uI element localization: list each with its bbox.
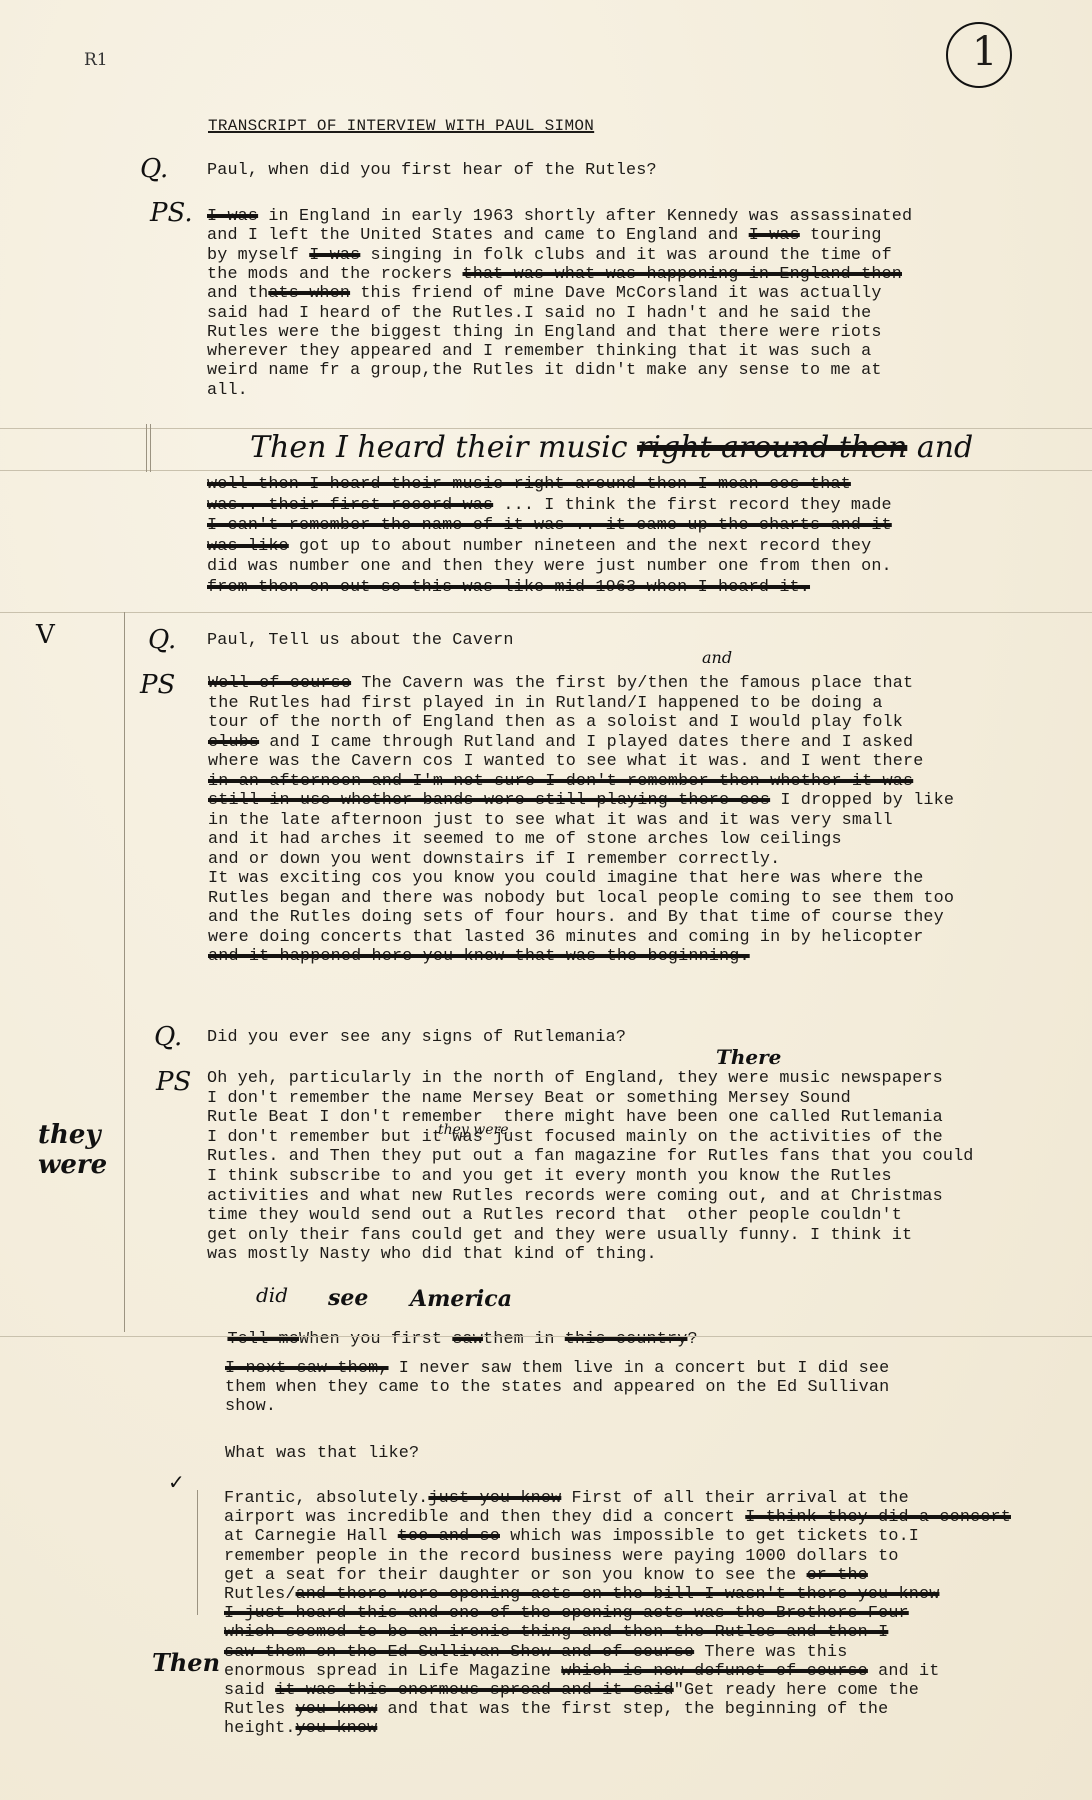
line-text: Rutles were the biggest thing in England…: [207, 323, 882, 342]
text-line: the mods and the rockers that was what w…: [207, 264, 902, 285]
text-line: well then I heard their music right arou…: [207, 474, 851, 495]
line-text: I don't remember but it was just focused…: [207, 1128, 943, 1147]
text-line: and the Rutles doing sets of four hours.…: [208, 907, 944, 928]
text-line: which seemed to be an ironic thing and t…: [224, 1622, 888, 1643]
struck-text: from then on out so this was like mid 19…: [207, 578, 810, 597]
line-text: the Rutles had first played in in Rutlan…: [208, 694, 883, 713]
text-line: was like got up to about number nineteen…: [207, 536, 871, 557]
q4-end: ?: [687, 1330, 697, 1349]
question-2: Paul, Tell us about the Cavern: [207, 630, 514, 651]
text-line: at Carnegie Hall too and so which was im…: [224, 1526, 919, 1547]
margin-q2: Q.: [148, 625, 176, 655]
struck-text: I can't remember the name of it was .. i…: [207, 516, 892, 535]
text-line: from then on out so this was like mid 19…: [207, 577, 810, 598]
page-number: 1: [972, 30, 997, 74]
line-text: activities and what new Rutles records w…: [207, 1187, 943, 1206]
line-text: which was impossible to get tickets to.I: [500, 1527, 919, 1546]
line-text: show.: [225, 1397, 276, 1416]
margin-q1: Q.: [140, 154, 168, 184]
text-line: and or down you went downstairs if I rem…: [208, 849, 780, 870]
margin-ps1: PS.: [150, 198, 193, 228]
line-text: Rutles began and there was nobody but lo…: [208, 889, 954, 908]
text-line: said it was this enormous spread and it …: [224, 1680, 919, 1701]
line-text: time they would send out a Rutles record…: [207, 1206, 902, 1225]
line-text: and or down you went downstairs if I rem…: [208, 850, 780, 869]
line-text: height.: [224, 1719, 296, 1738]
line-text: singing in folk clubs and it was around …: [360, 246, 891, 265]
line-text: remember people in the record business w…: [224, 1547, 899, 1566]
struck-text: I next saw them,: [225, 1359, 389, 1378]
paste-edge: [0, 428, 1092, 429]
struck-text: saw them on the Ed Sullivan Show and of …: [224, 1643, 694, 1662]
line-text: the mods and the rockers: [207, 265, 463, 284]
struck-text: was.. their first record was: [207, 496, 493, 515]
text-line: in the late afternoon just to see what i…: [208, 810, 893, 831]
line-text: enormous spread in Life Magazine: [224, 1662, 561, 1681]
line-text: touring: [800, 226, 882, 245]
line-text: It was exciting cos you know you could i…: [208, 869, 923, 888]
struck-text: clubs: [208, 733, 259, 752]
line-text: in the late afternoon just to see what i…: [208, 811, 893, 830]
struck-text: I was: [309, 246, 360, 265]
margin-check-v: V: [36, 620, 55, 650]
line-text: get only their fans could get and they w…: [207, 1226, 912, 1245]
text-line: tour of the north of England then as a s…: [208, 712, 903, 733]
text-line: by myself I was singing in folk clubs an…: [207, 245, 892, 266]
text-line: Rutles began and there was nobody but lo…: [208, 888, 954, 909]
text-line: said had I heard of the Rutles.I said no…: [207, 303, 871, 324]
struck-text: I think they did a concert: [745, 1508, 1011, 1527]
line-text: in England in early 1963 shortly after K…: [258, 207, 912, 226]
text-line: I can't remember the name of it was .. i…: [207, 515, 892, 536]
q4-text: When you first: [299, 1330, 442, 1349]
margin-ps2: PS: [140, 670, 175, 700]
struck-text: too and so: [398, 1527, 500, 1546]
line-text: Rutles/: [224, 1585, 296, 1604]
text-line: wherever they appeared and I remember th…: [207, 341, 871, 362]
line-text: did was number one and then they were ju…: [207, 557, 892, 576]
text-line: get a seat for their daughter or son you…: [224, 1565, 868, 1586]
line-text: I don't remember the name Mersey Beat or…: [207, 1089, 851, 1108]
question-4: Tell meWhen you first sawthem in this co…: [207, 1308, 698, 1351]
struck-text: you know: [296, 1719, 378, 1738]
margin-they-were: they were: [38, 1120, 128, 1180]
line-text: was mostly Nasty who did that kind of th…: [207, 1245, 657, 1264]
followup-question: What was that like?: [225, 1443, 419, 1464]
text-line: height.you know: [224, 1718, 377, 1739]
line-text: and that was the first step, the beginni…: [377, 1700, 888, 1719]
text-line: still in use whether bands were still pl…: [208, 790, 954, 811]
text-line: weird name fr a group,the Rutles it didn…: [207, 360, 882, 381]
line-text: were doing concerts that lasted 36 minut…: [208, 928, 923, 947]
text-line: I just heard this and one of the opening…: [224, 1603, 909, 1624]
line-text: Rutle Beat I don't remember there might …: [207, 1108, 943, 1127]
struck-text: which seemed to be an ironic thing and t…: [224, 1623, 888, 1642]
struck-text: I was: [749, 226, 800, 245]
struck-text: that was what was happening in England t…: [463, 265, 902, 284]
struck-text: and it happened here you know that was t…: [208, 947, 750, 966]
line-text: ... I think the first record they made: [493, 496, 892, 515]
struck-text: I just heard this and one of the opening…: [224, 1604, 909, 1623]
margin-checkmark: ✓: [168, 1470, 185, 1494]
question-3: Did you ever see any signs of Rutlemania…: [207, 1027, 626, 1048]
line-text: First of all their arrival at the: [561, 1489, 909, 1508]
annotation-and: and: [702, 648, 732, 667]
q4-struck3: this country: [565, 1330, 688, 1349]
text-line: show.: [225, 1396, 276, 1417]
text-line: and I left the United States and came to…: [207, 225, 882, 246]
text-line: them when they came to the states and ap…: [225, 1377, 889, 1398]
line-text: weird name fr a group,the Rutles it didn…: [207, 361, 882, 380]
line-text: said had I heard of the Rutles.I said no…: [207, 304, 871, 323]
line-text: where was the Cavern cos I wanted to see…: [208, 752, 923, 771]
text-line: Frantic, absolutely.just you know First …: [224, 1488, 909, 1509]
text-line: where was the Cavern cos I wanted to see…: [208, 751, 923, 772]
text-line: enormous spread in Life Magazine which i…: [224, 1661, 939, 1682]
struck-text: in an afternoon and I'm not sure I don't…: [208, 772, 913, 791]
struck-text: you know: [296, 1700, 378, 1719]
margin-ps3: PS: [156, 1067, 191, 1097]
text-line: get only their fans could get and they w…: [207, 1225, 912, 1246]
line-text: and it had arches it seemed to me of sto…: [208, 830, 842, 849]
annotation-there: There: [716, 1045, 781, 1069]
line-text: by myself: [207, 246, 309, 265]
struck-text: well then I heard their music right arou…: [207, 475, 851, 494]
question-1: Paul, when did you first hear of the Rut…: [207, 160, 657, 181]
margin-line: [124, 612, 125, 1332]
text-line: It was exciting cos you know you could i…: [208, 868, 923, 889]
text-line: Rutles. and Then they put out a fan maga…: [207, 1146, 974, 1167]
text-line: was mostly Nasty who did that kind of th…: [207, 1244, 657, 1265]
text-line: I don't remember but it was just focused…: [207, 1127, 943, 1148]
line-text: and the Rutles doing sets of four hours.…: [208, 908, 944, 927]
line-text: at Carnegie Hall: [224, 1527, 398, 1546]
line-text: and I left the United States and came to…: [207, 226, 749, 245]
line-text: The Cavern was the first by/then the fam…: [351, 674, 913, 693]
line-text: tour of the north of England then as a s…: [208, 713, 903, 732]
q4-text2: them in: [483, 1330, 555, 1349]
line-text: "Get ready here come the: [674, 1681, 919, 1700]
struck-text: which is now defunct of course: [561, 1662, 868, 1681]
struck-text: it was this enormous spread and it said: [275, 1681, 674, 1700]
struck-text: was like: [207, 537, 289, 556]
text-line: the Rutles had first played in in Rutlan…: [208, 693, 883, 714]
insert-tail: and: [917, 430, 973, 465]
line-text: airport was incredible and then they did…: [224, 1508, 745, 1527]
paste-edge: [0, 612, 1092, 613]
margin-then: Then: [152, 1648, 220, 1677]
text-line: Oh yeh, particularly in the north of Eng…: [207, 1068, 943, 1089]
text-line: was.. their first record was ... I think…: [207, 495, 892, 516]
paste-edge: [0, 1336, 1092, 1337]
line-text: and I came through Rutland and I played …: [259, 733, 913, 752]
line-text: all.: [207, 381, 248, 400]
margin-bracket: [197, 1490, 198, 1615]
text-line: did was number one and then they were ju…: [207, 556, 892, 577]
struck-text: and there were opening acts on the bill …: [296, 1585, 940, 1604]
paste-mark: [150, 424, 151, 472]
text-line: remember people in the record business w…: [224, 1546, 899, 1567]
line-text: Oh yeh, particularly in the north of Eng…: [207, 1069, 943, 1088]
text-line: clubs and I came through Rutland and I p…: [208, 732, 913, 753]
struck-text: still in use whether bands were still pl…: [208, 791, 770, 810]
line-text: Rutles. and Then they put out a fan maga…: [207, 1147, 974, 1166]
line-text: and it: [868, 1662, 940, 1681]
line-text: them when they came to the states and ap…: [225, 1378, 889, 1397]
line-text: I dropped by like: [770, 791, 954, 810]
text-line: were doing concerts that lasted 36 minut…: [208, 927, 923, 948]
text-line: time they would send out a Rutles record…: [207, 1205, 902, 1226]
line-text: Frantic, absolutely.: [224, 1489, 428, 1508]
text-line: airport was incredible and then they did…: [224, 1507, 1011, 1528]
text-line: Rutle Beat I don't remember there might …: [207, 1107, 943, 1128]
text-line: in an afternoon and I'm not sure I don't…: [208, 771, 913, 792]
line-text: got up to about number nineteen and the …: [289, 537, 872, 556]
line-text: I never saw them live in a concert but I…: [389, 1359, 890, 1378]
corner-note: R1: [84, 50, 108, 70]
line-text: Rutles: [224, 1700, 296, 1719]
text-line: I think subscribe to and you get it ever…: [207, 1166, 892, 1187]
text-line: and it happened here you know that was t…: [208, 946, 750, 967]
text-line: saw them on the Ed Sullivan Show and of …: [224, 1642, 847, 1663]
line-text: said: [224, 1681, 275, 1700]
text-line: activities and what new Rutles records w…: [207, 1186, 943, 1207]
struck-text: Well of course: [208, 674, 351, 693]
line-text: this friend of mine Dave McCorsland it w…: [350, 284, 881, 303]
struck-text: just you know: [428, 1489, 561, 1508]
handwritten-insert: Then I heard their music right around th…: [250, 430, 973, 465]
struck-text: ats when: [268, 284, 350, 303]
struck-text: or the: [807, 1566, 868, 1585]
text-line: I don't remember the name Mersey Beat or…: [207, 1088, 851, 1109]
text-line: all.: [207, 380, 248, 401]
text-line: Rutles you know and that was the first s…: [224, 1699, 888, 1720]
margin-q3: Q.: [154, 1022, 182, 1052]
line-text: and th: [207, 284, 268, 303]
text-line: I was in England in early 1963 shortly a…: [207, 206, 912, 227]
struck-text: I was: [207, 207, 258, 226]
insert-text: Then I heard their music: [250, 430, 628, 465]
paste-mark: [146, 424, 147, 472]
line-text: I think subscribe to and you get it ever…: [207, 1167, 892, 1186]
text-line: and thats when this friend of mine Dave …: [207, 283, 882, 304]
line-text: There was this: [694, 1643, 847, 1662]
line-text: wherever they appeared and I remember th…: [207, 342, 871, 361]
text-line: Well of course The Cavern was the first …: [208, 673, 913, 694]
text-line: Rutles/and there were opening acts on th…: [224, 1584, 939, 1605]
text-line: and it had arches it seemed to me of sto…: [208, 829, 842, 850]
insert-struck: right around then: [637, 430, 907, 465]
paste-edge: [0, 470, 1092, 471]
text-line: Rutles were the biggest thing in England…: [207, 322, 882, 343]
q4-struck2: saw: [452, 1330, 483, 1349]
document-title: TRANSCRIPT OF INTERVIEW WITH PAUL SIMON: [208, 117, 594, 135]
page-number-badge: 1: [946, 22, 1012, 88]
q4-struck: Tell me: [227, 1330, 299, 1349]
line-text: get a seat for their daughter or son you…: [224, 1566, 807, 1585]
annotation-did: did: [256, 1283, 288, 1307]
